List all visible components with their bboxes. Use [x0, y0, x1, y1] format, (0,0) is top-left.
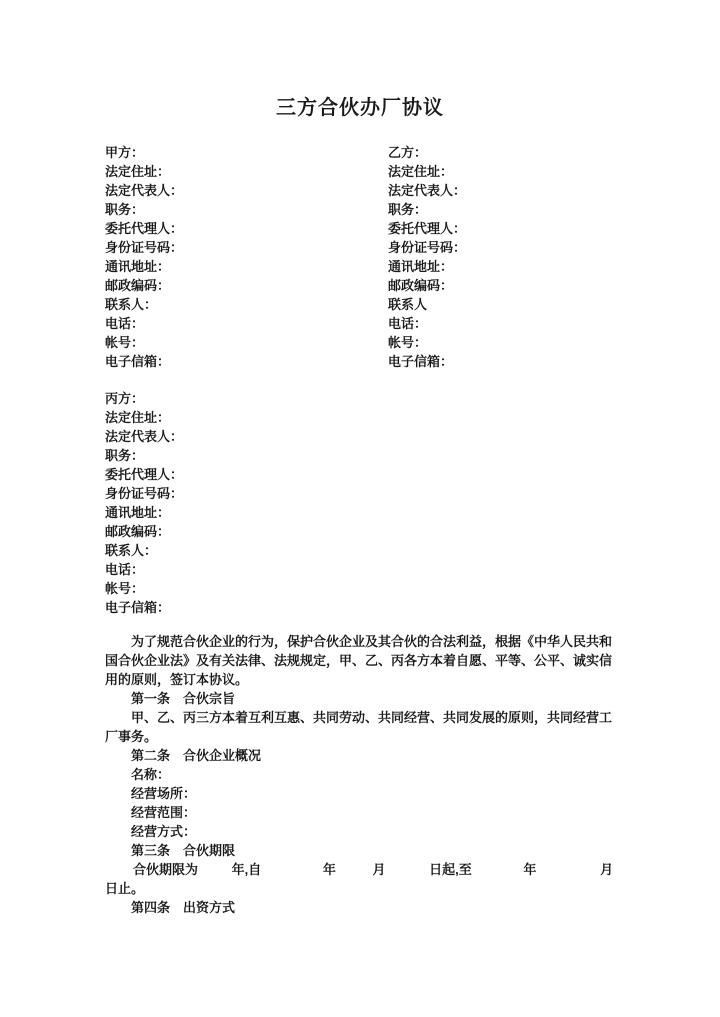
party-c-block: 丙方： 法定住址： 法定代表人： 职务： 委托代理人： 身份证号码： 通讯地址：… [105, 389, 183, 617]
page-title: 三方合伙办厂协议 [0, 91, 720, 120]
clause-1-heading: 第一条 合伙宗旨 [105, 689, 621, 708]
term-segment: 日起,至 [429, 860, 472, 879]
party-b-field-label: 乙方： [388, 143, 466, 162]
party-c-field-label: 电话： [105, 560, 183, 579]
clause-1-body: 甲、乙、丙三方本着互利互惠、共同劳动、共同经营、共同发展的原则，共同经营工厂事务… [105, 708, 621, 746]
party-b-field-label: 法定住址： [388, 162, 466, 181]
agreement-body: 为了规范合伙企业的行为，保护合伙企业及其合伙的合法利益，根据《中华人民共和国合伙… [105, 632, 621, 917]
party-a-field-label: 法定代表人： [105, 181, 183, 200]
document-page: 三方合伙办厂协议 甲方： 法定住址： 法定代表人： 职务： 委托代理人： 身份证… [0, 0, 720, 1017]
term-blank-year: 年 [323, 860, 336, 879]
term-blank-year: 年,自 [232, 860, 262, 879]
party-a-field-label: 帐号： [105, 333, 183, 352]
clause-2-field-label: 经营范围： [105, 803, 621, 822]
party-b-field-label: 帐号： [388, 333, 466, 352]
party-b-block: 乙方： 法定住址： 法定代表人： 职务： 委托代理人： 身份证号码： 通讯地址：… [388, 143, 466, 371]
party-b-field-label: 邮政编码： [388, 276, 466, 295]
party-c-field-label: 联系人： [105, 541, 183, 560]
party-b-field-label: 电子信箱： [388, 352, 466, 371]
party-b-field-label: 身份证号码： [388, 238, 466, 257]
party-c-field-label: 邮政编码： [105, 522, 183, 541]
party-b-field-label: 通讯地址： [388, 257, 466, 276]
party-a-field-label: 联系人： [105, 295, 183, 314]
party-a-field-label: 电子信箱： [105, 352, 183, 371]
term-blank-year: 年 [523, 860, 536, 879]
party-c-field-label: 法定住址： [105, 408, 183, 427]
term-blank-month: 月 [373, 860, 386, 879]
party-c-field-label: 法定代表人： [105, 427, 183, 446]
party-a-field-label: 身份证号码： [105, 238, 183, 257]
clause-4-heading: 第四条 出资方式 [105, 898, 621, 917]
clause-2-field-label: 经营方式： [105, 822, 621, 841]
party-c-field-label: 通讯地址： [105, 503, 183, 522]
party-c-field-label: 身份证号码： [105, 484, 183, 503]
partnership-term-line: 合伙期限为 年,自 年 月 日起,至 年 月 [105, 860, 621, 879]
party-c-field-label: 职务： [105, 446, 183, 465]
party-a-field-label: 职务： [105, 200, 183, 219]
clause-2-field-label: 名称： [105, 765, 621, 784]
term-blank-month: 月 [600, 860, 613, 879]
party-c-field-label: 委托代理人： [105, 465, 183, 484]
clause-2-heading: 第二条 合伙企业概况 [105, 746, 621, 765]
party-a-block: 甲方： 法定住址： 法定代表人： 职务： 委托代理人： 身份证号码： 通讯地址：… [105, 143, 183, 371]
party-b-field-label: 法定代表人： [388, 181, 466, 200]
party-a-field-label: 法定住址： [105, 162, 183, 181]
party-b-field-label: 电话： [388, 314, 466, 333]
party-b-field-label: 联系人 [388, 295, 466, 314]
party-a-field-label: 委托代理人： [105, 219, 183, 238]
clause-2-field-label: 经营场所： [105, 784, 621, 803]
party-c-field-label: 丙方： [105, 389, 183, 408]
term-segment: 合伙期限为 [133, 860, 198, 879]
party-c-field-label: 帐号： [105, 579, 183, 598]
term-line-end: 日止。 [105, 879, 621, 898]
party-b-field-label: 职务： [388, 200, 466, 219]
party-c-field-label: 电子信箱： [105, 598, 183, 617]
party-a-field-label: 甲方： [105, 143, 183, 162]
party-a-field-label: 电话： [105, 314, 183, 333]
party-b-field-label: 委托代理人： [388, 219, 466, 238]
preamble-paragraph: 为了规范合伙企业的行为，保护合伙企业及其合伙的合法利益，根据《中华人民共和国合伙… [105, 632, 621, 689]
party-a-field-label: 通讯地址： [105, 257, 183, 276]
clause-3-heading: 第三条 合伙期限 [105, 841, 621, 860]
party-a-field-label: 邮政编码： [105, 276, 183, 295]
